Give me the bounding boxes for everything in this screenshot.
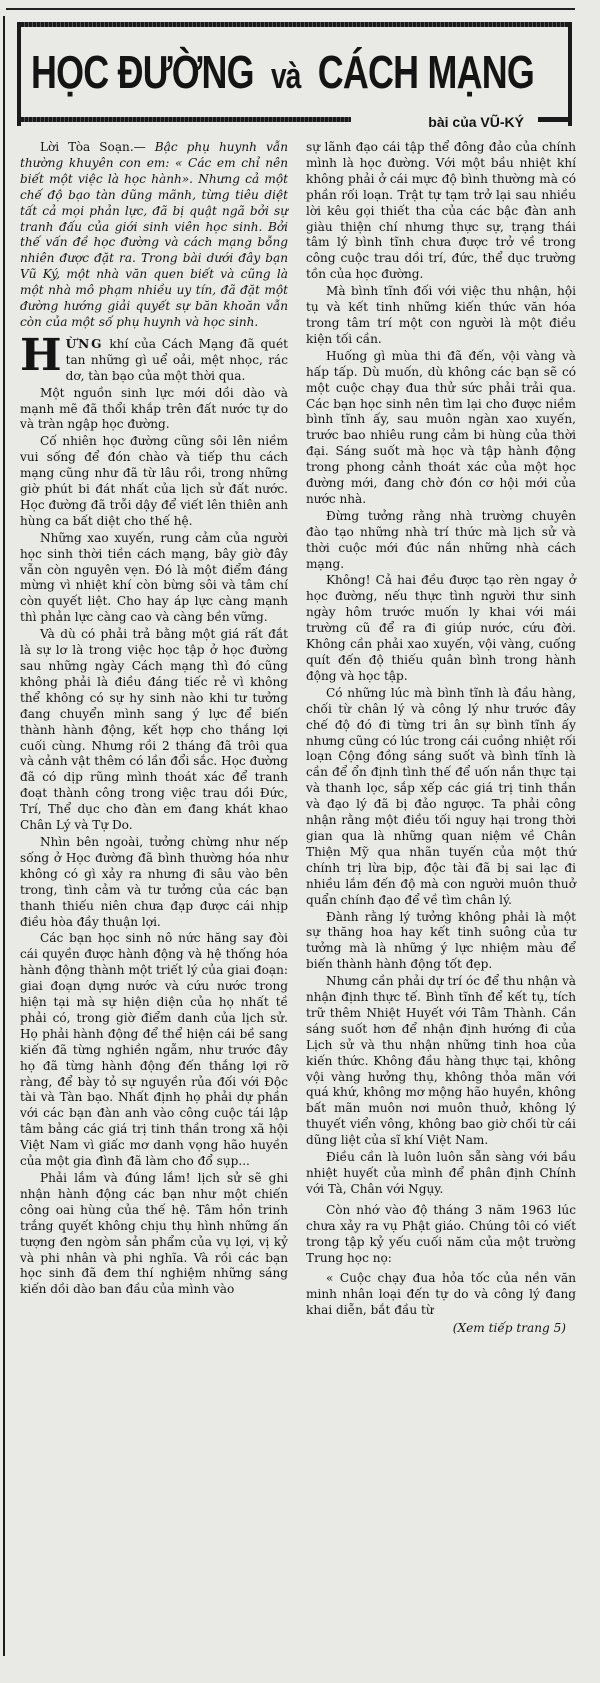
drop-cap-rest: ỪNG [66, 337, 104, 351]
body-paragraph: Đừng tưởng rằng nhà trường chuyên đào tạ… [306, 509, 576, 573]
body-paragraph: Không! Cả hai đều được tạo rèn ngay ở họ… [306, 573, 576, 684]
headline-frame: HỌC ĐƯỜNGvàCÁCH MẠNG bài của VŨ-KÝ [17, 22, 572, 126]
headline-connector: và [271, 55, 301, 96]
body-paragraph: Huống gì mùa thi đã đến, vội vàng và hấp… [306, 349, 576, 508]
body-paragraph: Phải lắm và đúng lắm! lịch sử sẽ ghi nhậ… [20, 1171, 288, 1298]
left-column: Lời Tòa Soạn.— Bậc phụ huynh vẫn thường … [20, 140, 288, 1298]
body-paragraph: Những xao xuyến, rung cảm của người học … [20, 531, 288, 626]
byline: bài của VŨ-KÝ [424, 114, 528, 130]
editor-note-text: Bậc phụ huynh vẫn thường khuyên con em: … [20, 140, 288, 329]
quote-paragraph: « Cuộc chạy đua hỏa tốc của nền văn minh… [306, 1271, 576, 1319]
headline-frame-bottom-border-end [538, 117, 568, 122]
body-paragraph: Nhưng cần phải dự trí óc để thu nhận và … [306, 974, 576, 1149]
body-paragraph: Nhìn bên ngoài, tưởng chừng như nếp sống… [20, 835, 288, 930]
continued-on-page-link[interactable]: (Xem tiếp trang 5) [306, 1321, 576, 1337]
headline-part1: HỌC ĐƯỜNG [31, 46, 254, 98]
drop-cap: H [20, 339, 62, 373]
body-paragraph: Cố nhiên học đường cũng sôi lên niềm vui… [20, 434, 288, 529]
body-paragraph: Và dù có phải trả bằng một giá rất đắt l… [20, 627, 288, 834]
body-paragraph: Các bạn học sinh nô nức hăng say đòi cái… [20, 931, 288, 1170]
body-paragraph: Một nguồn sinh lực mới dồi dào và mạnh m… [20, 386, 288, 434]
editor-note: Lời Tòa Soạn.— Bậc phụ huynh vẫn thường … [20, 140, 288, 331]
headline: HỌC ĐƯỜNGvàCÁCH MẠNG [31, 46, 569, 102]
editor-note-lead: Lời Tòa Soạn.— [40, 140, 146, 154]
body-paragraph: HỪNG khí của Cách Mạng đã quét tan những… [20, 337, 288, 385]
body-paragraph: sự lãnh đạo cái tập thể đông đảo của chí… [306, 140, 576, 283]
body-paragraph: Còn nhớ vào độ tháng 3 năm 1963 lúc chưa… [306, 1203, 576, 1267]
headline-part2: CÁCH MẠNG [318, 46, 534, 98]
left-column-rule [3, 16, 5, 1656]
body-paragraph: Có những lúc mà bình tĩnh là đầu hàng, c… [306, 686, 576, 909]
body-paragraph: Đành rằng lý tưởng không phải là một sự … [306, 910, 576, 974]
body-paragraph: Điều cần là luôn luôn sẵn sàng với bầu n… [306, 1150, 576, 1198]
headline-frame-top-border [21, 22, 568, 27]
right-column: sự lãnh đạo cái tập thể đông đảo của chí… [306, 140, 576, 1337]
top-rule [6, 8, 575, 10]
headline-frame-bottom-border [21, 117, 351, 122]
body-paragraph: Mà bình tĩnh đối với việc thu nhận, hội … [306, 284, 576, 348]
